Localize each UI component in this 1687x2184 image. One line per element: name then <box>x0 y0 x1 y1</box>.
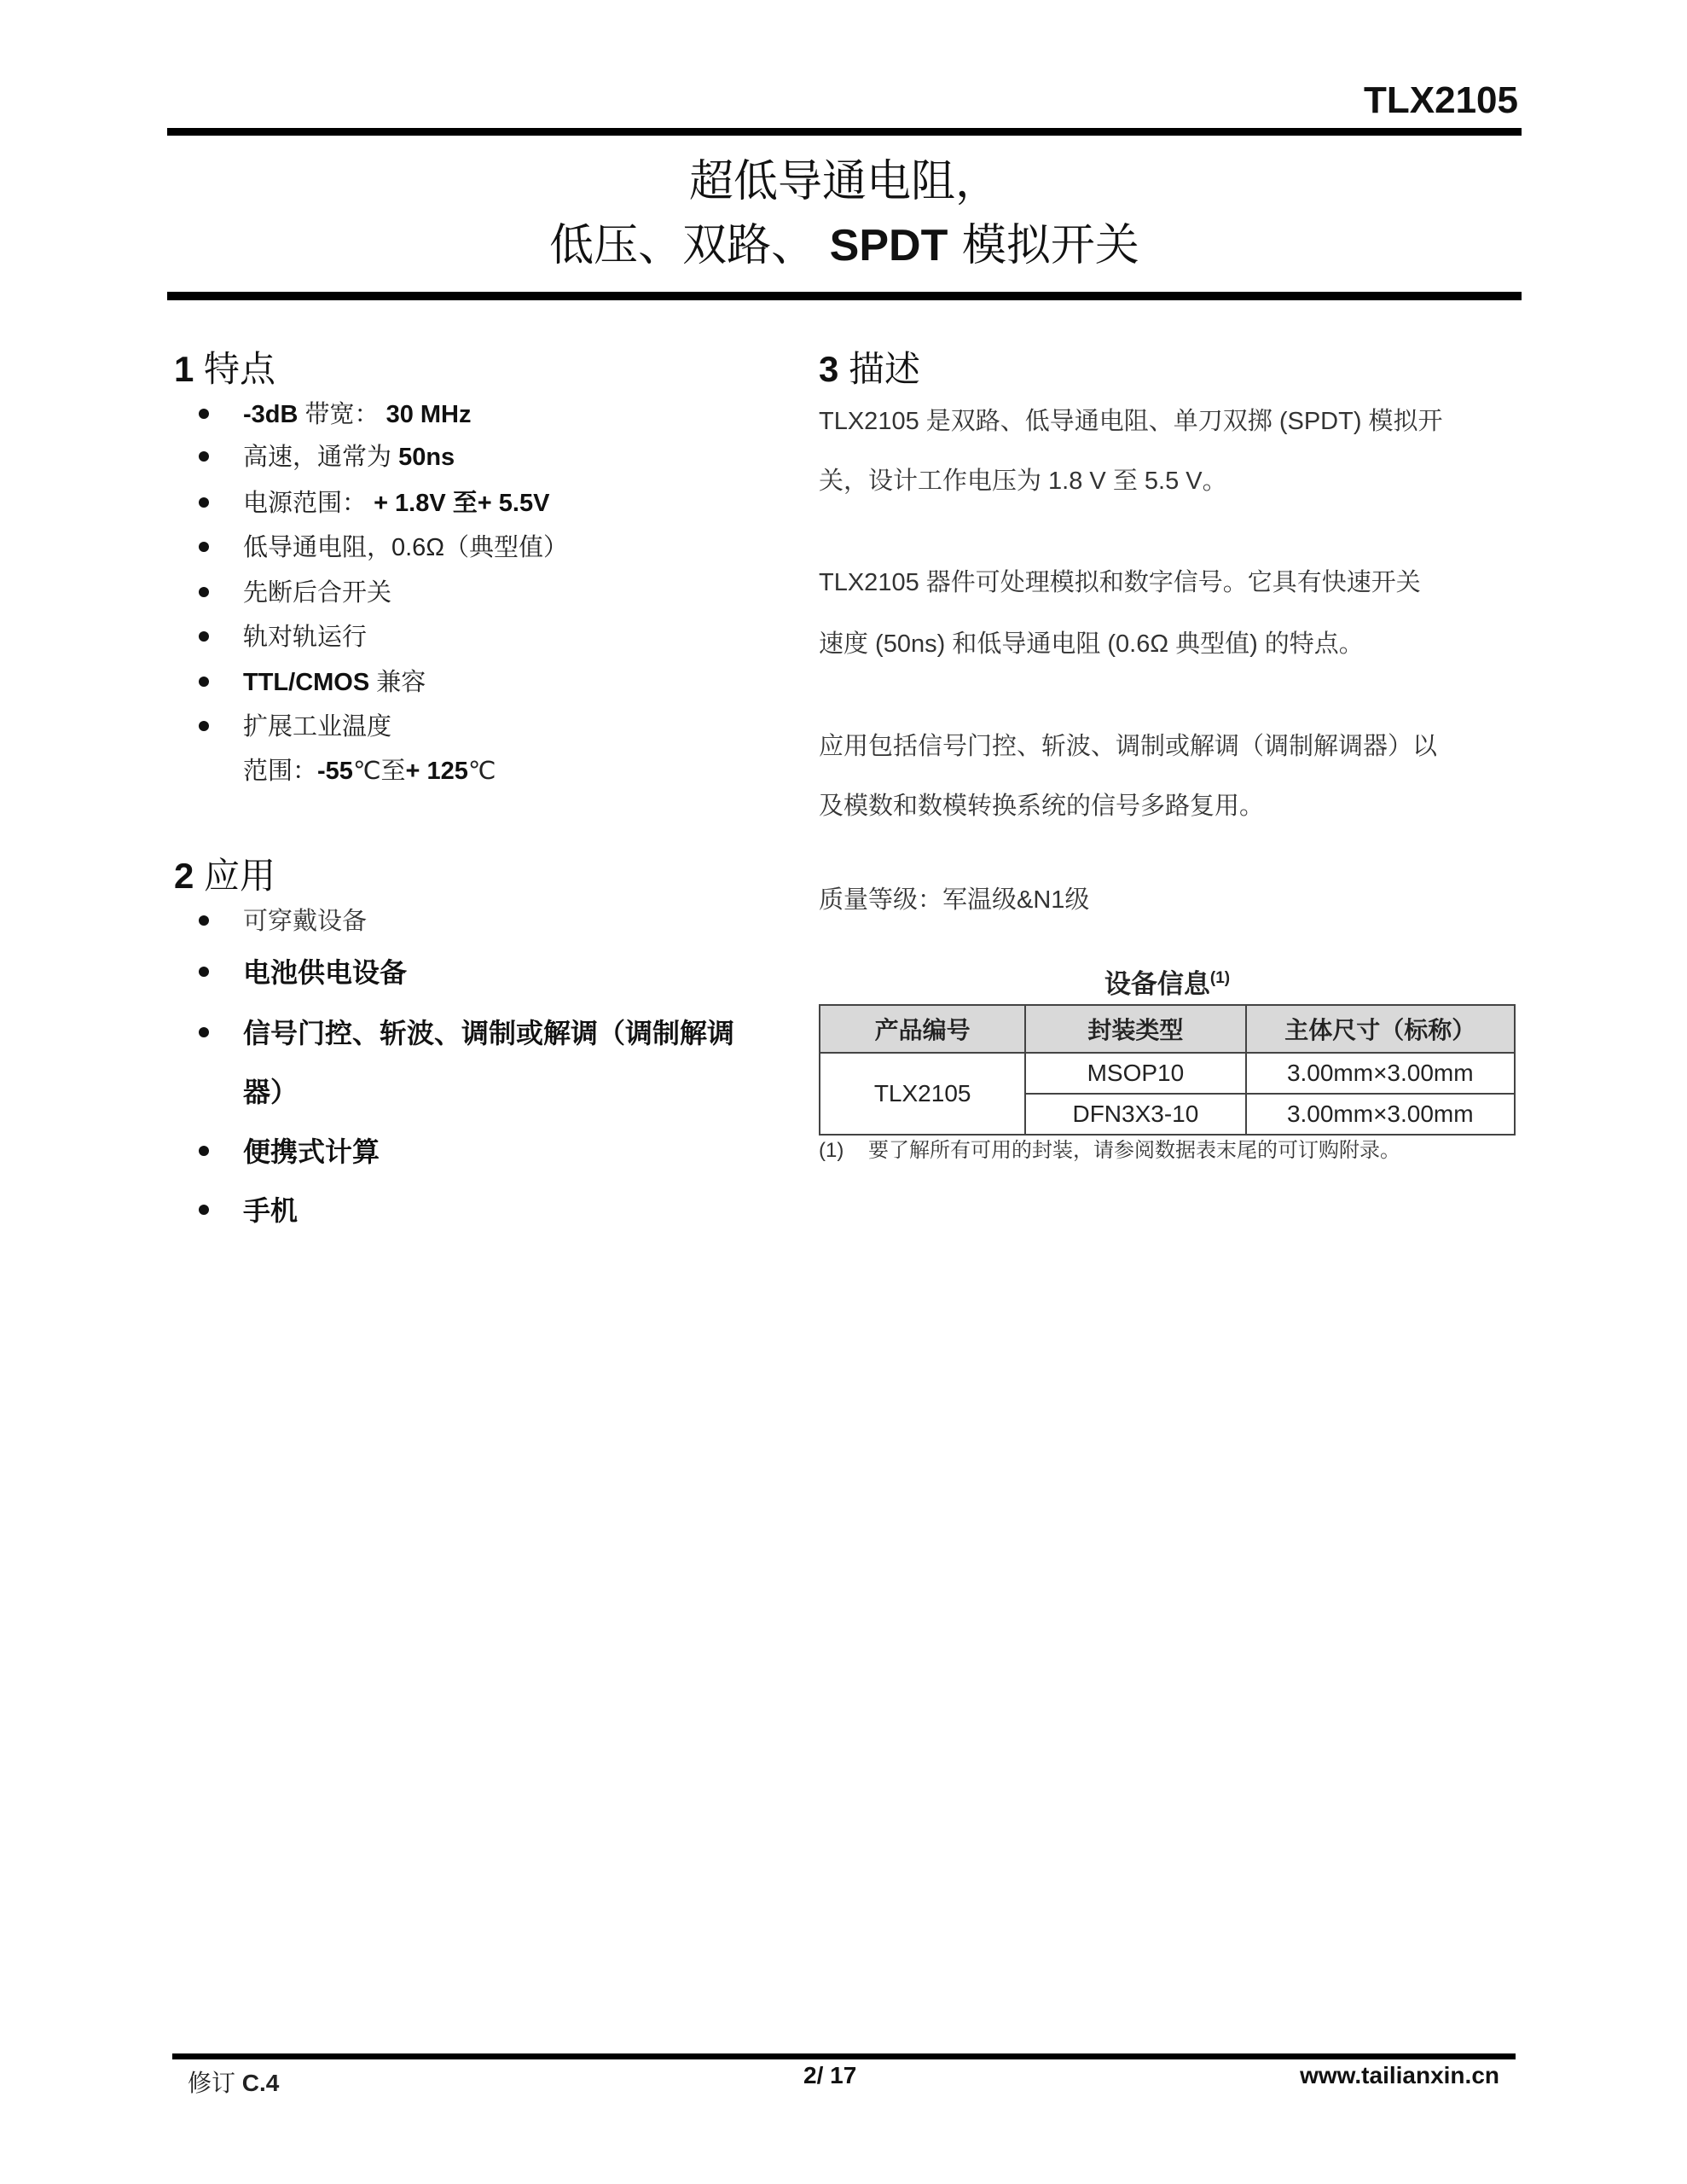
description-paragraph-3-line-2: 及模数和数模转换系统的信号多路复用。 <box>819 789 1518 823</box>
bullet-icon <box>199 631 209 642</box>
application-text: 可穿戴设备 <box>243 904 367 938</box>
size-cell: 3.00mm×3.00mm <box>1246 1053 1515 1094</box>
feature-text: 扩展工业温度 <box>243 713 391 741</box>
description-paragraph-1-line-2: 关，设计工作电压为 1.8 V 至 5.5 V。 <box>819 464 1518 498</box>
application-text: 器） <box>243 1075 298 1109</box>
feature-value: 50ns <box>398 444 455 471</box>
part-number-cell: TLX2105 <box>820 1053 1025 1135</box>
footnote-ref: (1) <box>1210 969 1230 987</box>
bullet-icon <box>199 542 209 552</box>
revision: 修订 C.4 <box>188 2068 279 2099</box>
feature-value: + 1.8V 至+ 5.5V <box>374 490 549 517</box>
bullet-icon <box>199 1205 209 1215</box>
applications-section-number: 2 <box>174 856 194 896</box>
application-text: 电池供电设备 <box>243 955 407 990</box>
bullet-icon <box>199 915 209 926</box>
package-cell: MSOP10 <box>1025 1053 1245 1094</box>
column-header-body-size: 主体尺寸（标称） <box>1246 1005 1515 1053</box>
footnote-number: (1) <box>819 1138 868 1164</box>
description-paragraph-3-line-1: 应用包括信号门控、斩波、调制或解调（调制解调器）以 <box>819 729 1518 764</box>
page-number: 2/ 17 <box>803 2061 856 2090</box>
feature-text: 兼容 <box>369 669 426 696</box>
bullet-icon <box>199 1027 209 1037</box>
quality-grade: 质量等级：军温级&N1级 <box>819 883 1518 917</box>
features-section-title: 特点 <box>204 349 275 389</box>
bullet-icon <box>199 451 209 462</box>
header-bottom-rule <box>167 292 1522 300</box>
package-cell: DFN3X3-10 <box>1025 1094 1245 1135</box>
table-row: TLX2105 MSOP10 3.00mm×3.00mm <box>820 1053 1515 1094</box>
description-paragraph-1-line-1: TLX2105 是双路、低导通电阻、单刀双掷 (SPDT) 模拟开 <box>819 404 1518 439</box>
device-info-table: 产品编号 封装类型 主体尺寸（标称） TLX2105 MSOP10 3.00mm… <box>819 1004 1516 1136</box>
feature-text: 高速，通常为 <box>243 444 398 471</box>
feature-text: 带宽： <box>298 401 386 428</box>
bullet-icon <box>199 587 209 597</box>
temp-unit: ℃至 <box>353 758 406 785</box>
revision-value: C.4 <box>242 2070 280 2096</box>
applications-section-title: 应用 <box>204 856 275 896</box>
column-header-part-number: 产品编号 <box>820 1005 1025 1053</box>
bullet-icon <box>199 409 209 419</box>
temp-unit: ℃ <box>468 758 496 785</box>
device-info-caption: 设备信息(1) <box>819 967 1516 1002</box>
size-cell: 3.00mm×3.00mm <box>1246 1094 1515 1135</box>
device-info-title: 设备信息 <box>1104 969 1210 999</box>
application-text: 信号门控、斩波、调制或解调（调制解调 <box>243 1016 734 1050</box>
footer-rule <box>172 2053 1516 2059</box>
description-section-number: 3 <box>819 349 838 389</box>
bullet-icon <box>199 721 209 731</box>
temp-range-low: -55 <box>317 758 353 785</box>
part-number-header: TLX2105 <box>1364 78 1518 123</box>
feature-text: 低导通电阻，0.6Ω（典型值） <box>243 534 568 561</box>
website-link[interactable]: www.tailianxin.cn <box>1300 2061 1499 2090</box>
feature-bold: TTL/CMOS <box>243 669 369 696</box>
temp-range-label: 范围： <box>243 758 317 785</box>
temp-range-high: + 125 <box>406 758 468 785</box>
document-title-line1: 超低导通电阻， <box>167 154 1522 209</box>
table-header-row: 产品编号 封装类型 主体尺寸（标称） <box>820 1005 1515 1053</box>
feature-bold: -3dB <box>243 401 298 428</box>
bullet-icon <box>199 497 209 508</box>
description-paragraph-2-line-1: TLX2105 器件可处理模拟和数字信号。它具有快速开关 <box>819 566 1518 600</box>
description-heading: 3 描述 <box>819 348 920 391</box>
document-title-line2: 低压、双路、 SPDT 模拟开关 <box>167 218 1522 273</box>
title-line2-prefix: 低压、双路、 <box>549 220 815 271</box>
application-text: 手机 <box>243 1194 298 1228</box>
title-line2-bold: SPDT <box>830 221 948 270</box>
revision-label: 修订 <box>188 2070 242 2096</box>
footnote-text: 要了解所有可用的封装，请参阅数据表末尾的可订购附录。 <box>868 1139 1400 1162</box>
bullet-icon <box>199 1146 209 1156</box>
features-section-number: 1 <box>174 349 194 389</box>
column-header-package: 封装类型 <box>1025 1005 1245 1053</box>
description-section-title: 描述 <box>849 349 920 389</box>
application-text: 便携式计算 <box>243 1135 380 1169</box>
bullet-icon <box>199 677 209 687</box>
title-line2-suffix: 模拟开关 <box>948 220 1139 271</box>
applications-heading: 2 应用 <box>174 855 275 897</box>
feature-text: 电源范围： <box>243 490 374 517</box>
feature-value: 30 MHz <box>386 401 472 428</box>
table-footnote: (1)要了解所有可用的封装，请参阅数据表末尾的可订购附录。 <box>819 1138 1400 1164</box>
header-top-rule <box>167 128 1522 136</box>
features-heading: 1 特点 <box>174 348 275 391</box>
feature-text: 轨对轨运行 <box>243 624 367 651</box>
description-paragraph-2-line-2: 速度 (50ns) 和低导通电阻 (0.6Ω 典型值) 的特点。 <box>819 627 1518 661</box>
bullet-icon <box>199 967 209 977</box>
feature-text: 先断后合开关 <box>243 579 391 607</box>
